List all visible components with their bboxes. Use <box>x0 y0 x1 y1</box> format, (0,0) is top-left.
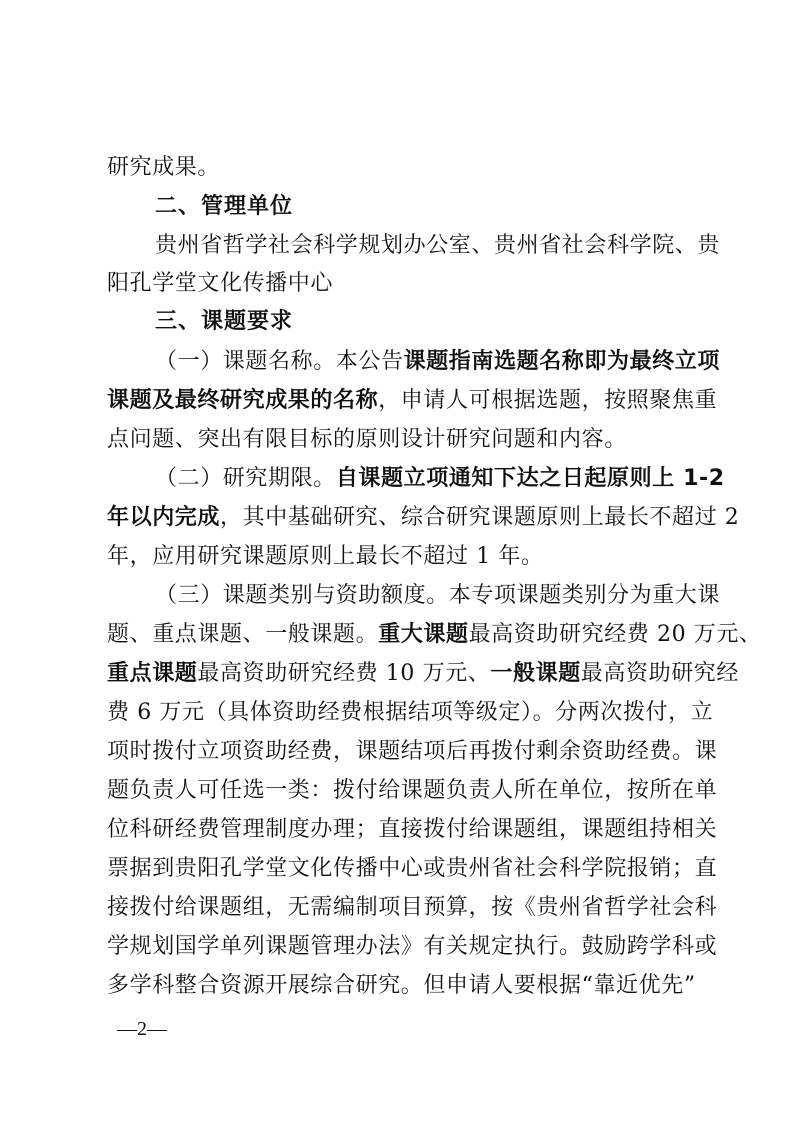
text-segment: 题、重点课题、一般课题。 <box>107 622 378 647</box>
text-line: 贵州省哲学社会科学规划办公室、贵州省社会科学院、贵 <box>155 230 689 262</box>
bold-text: 自课题立项通知下达之日起原则上 1-2 <box>336 466 725 491</box>
text-line: 点问题、突出有限目标的原则设计研究问题和内容。 <box>107 424 689 456</box>
text-segment: （一）课题名称。本公告 <box>155 349 404 374</box>
text-line: （一）课题名称。本公告课题指南选题名称即为最终立项 <box>155 346 689 378</box>
text-line: 费 6 万元（具体资助经费根据结项等级定）。分两次拨付，立 <box>107 697 689 729</box>
text-segment: 接拨付给课题组，无需编制项目预算，按《贵州省哲学社会科 <box>107 895 717 920</box>
page-number: —2— <box>117 1018 167 1041</box>
text-line: （二）研究期限。自课题立项通知下达之日起原则上 1-2 <box>155 463 689 495</box>
text-line: 题、重点课题、一般课题。重大课题最高资助研究经费 20 万元、 <box>107 619 689 651</box>
bold-text: 年以内完成 <box>107 505 220 530</box>
text-segment: 多学科整合资源开展综合研究。但申请人要根据“靠近优先” <box>107 973 696 998</box>
text-line: 票据到贵阳孔学堂文化传播中心或贵州省社会科学院报销；直 <box>107 853 689 885</box>
text-segment: 最高资助研究经费 10 万元、 <box>197 661 490 686</box>
text-segment: 贵州省哲学社会科学规划办公室、贵州省社会科学院、贵 <box>155 233 720 258</box>
text-segment: 年，应用研究课题原则上最长不超过 1 年。 <box>107 544 544 569</box>
text-segment: 最高资助研究经 <box>581 661 739 686</box>
text-segment: 二、管理单位 <box>155 194 293 219</box>
text-segment: ，申请人可根据选题，按照聚焦重 <box>378 388 717 413</box>
text-line: 课题及最终研究成果的名称，申请人可根据选题，按照聚焦重 <box>107 385 689 417</box>
text-line: 年以内完成，其中基础研究、综合研究课题原则上最长不超过 2 <box>107 502 689 534</box>
text-segment: 最高资助研究经费 20 万元、 <box>469 622 762 647</box>
text-line: 学规划国学单列课题管理办法》有关规定执行。鼓励跨学科或 <box>107 931 689 963</box>
section-heading: 二、管理单位 <box>155 191 689 223</box>
text-line: 位科研经费管理制度办理；直接拨付给课题组，课题组持相关 <box>107 814 689 846</box>
bold-text: 课题指南选题名称即为最终立项 <box>404 349 720 374</box>
text-segment: （三）课题类别与资助额度。本专项课题类别分为重大课 <box>155 583 720 608</box>
text-segment: 点问题、突出有限目标的原则设计研究问题和内容。 <box>107 427 627 452</box>
text-line: （三）课题类别与资助额度。本专项课题类别分为重大课 <box>155 580 689 612</box>
text-segment: 阳孔学堂文化传播中心 <box>107 271 333 296</box>
text-segment: 研究成果。 <box>107 155 220 180</box>
text-segment: 学规划国学单列课题管理办法》有关规定执行。鼓励跨学科或 <box>107 934 717 959</box>
text-segment: 票据到贵阳孔学堂文化传播中心或贵州省社会科学院报销；直 <box>107 856 717 881</box>
text-line: 年，应用研究课题原则上最长不超过 1 年。 <box>107 541 689 573</box>
bold-text: 一般课题 <box>490 661 580 686</box>
text-segment: ，其中基础研究、综合研究课题原则上最长不超过 2 <box>220 505 739 530</box>
text-segment: 题负责人可任选一类：拨付给课题负责人所在单位，按所在单 <box>107 778 717 803</box>
text-line: 研究成果。 <box>107 152 689 184</box>
text-line: 接拨付给课题组，无需编制项目预算，按《贵州省哲学社会科 <box>107 892 689 924</box>
bold-text: 重点课题 <box>107 661 197 686</box>
text-segment: 三、课题要求 <box>155 309 293 334</box>
bold-text: 课题及最终研究成果的名称 <box>107 388 378 413</box>
text-line: 题负责人可任选一类：拨付给课题负责人所在单位，按所在单 <box>107 775 689 807</box>
section-heading: 三、课题要求 <box>155 306 689 338</box>
text-segment: 项时拨付立项资助经费，课题结项后再拨付剩余资助经费。课 <box>107 739 717 764</box>
text-segment: 费 6 万元（具体资助经费根据结项等级定）。分两次拨付，立 <box>107 700 713 725</box>
text-segment: 位科研经费管理制度办理；直接拨付给课题组，课题组持相关 <box>107 817 717 842</box>
text-line: 多学科整合资源开展综合研究。但申请人要根据“靠近优先” <box>107 970 689 1002</box>
bold-text: 重大课题 <box>378 622 468 647</box>
text-segment: （二）研究期限。 <box>155 466 336 491</box>
text-line: 重点课题最高资助研究经费 10 万元、一般课题最高资助研究经 <box>107 658 689 690</box>
text-line: 阳孔学堂文化传播中心 <box>107 268 689 300</box>
text-line: 项时拨付立项资助经费，课题结项后再拨付剩余资助经费。课 <box>107 736 689 768</box>
document-page: 研究成果。二、管理单位贵州省哲学社会科学规划办公室、贵州省社会科学院、贵阳孔学堂… <box>0 0 793 1122</box>
